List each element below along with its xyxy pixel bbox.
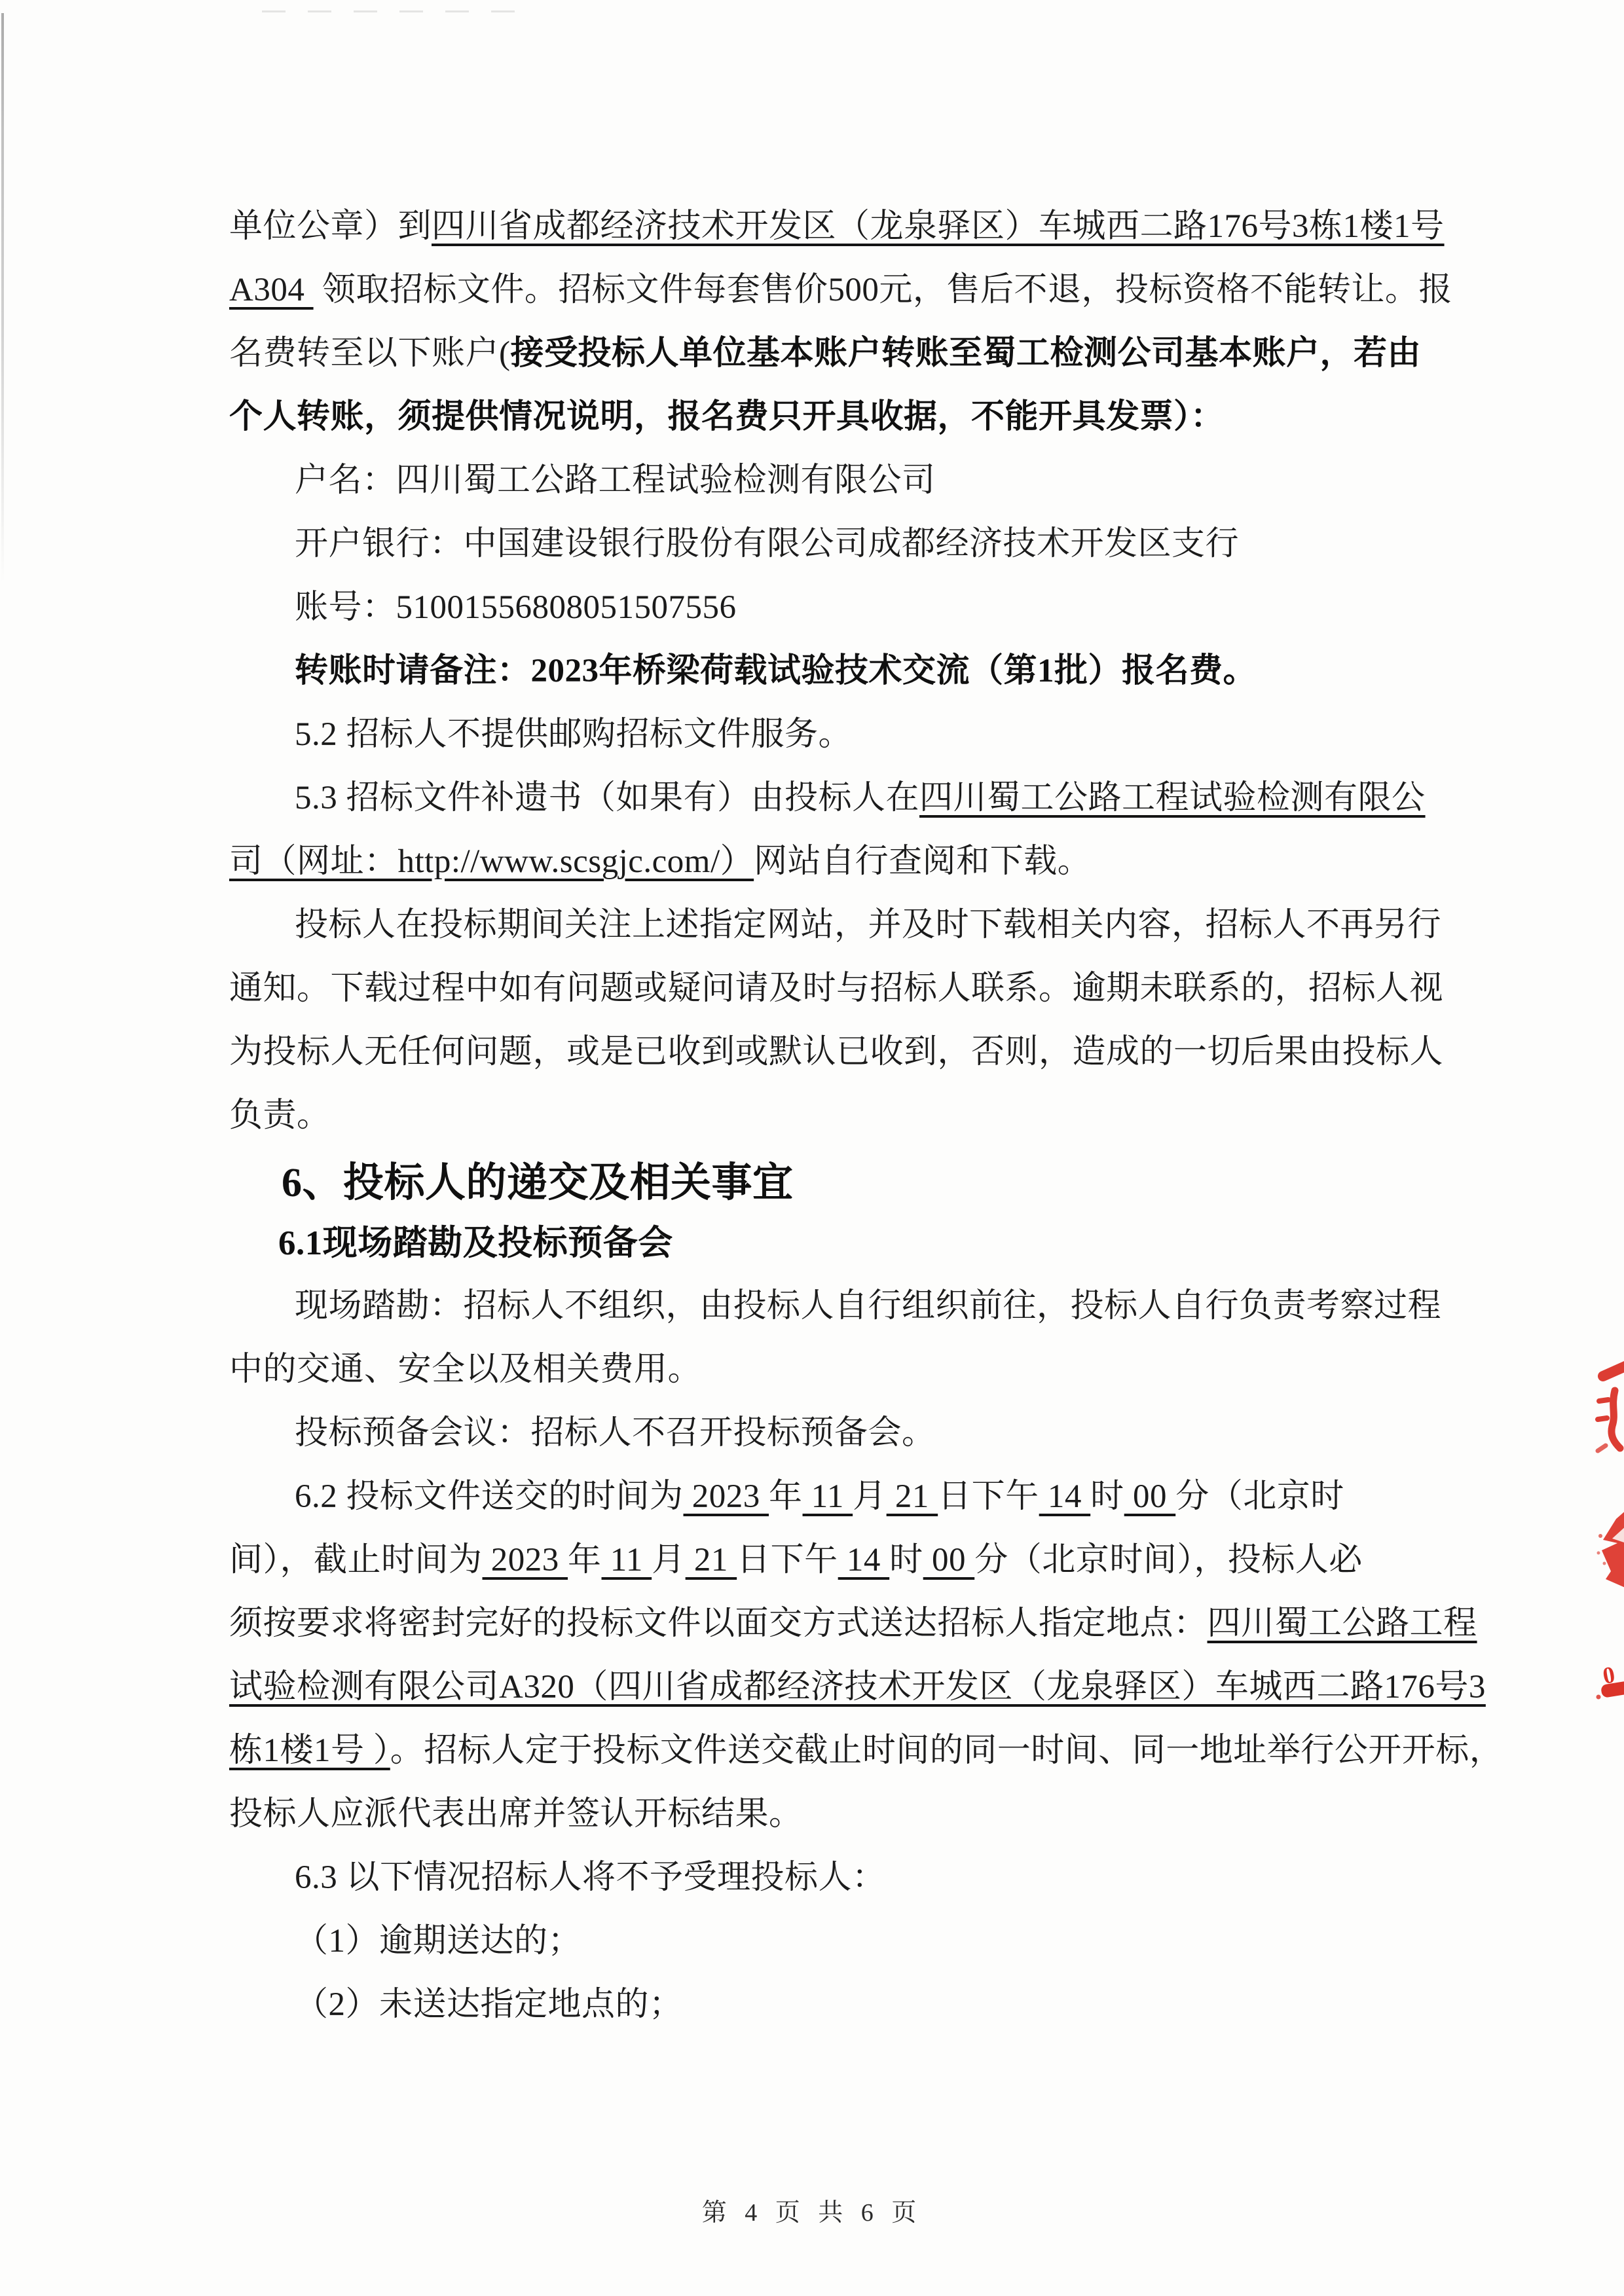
text-run-underline: 四川蜀工公路工程 <box>1208 1605 1477 1642</box>
text-run-regular: 开户银行：中国建设银行股份有限公司成都经济技术开发区支行 <box>295 526 1239 562</box>
line-transfer-note: 转账时请备注：2023年桥梁荷载试验技术交流（第1批）报名费。 <box>295 652 1257 691</box>
text-run-underline: 2023 <box>483 1542 568 1578</box>
page-footer: 第 4 页 共 6 页 <box>0 2192 1624 2228</box>
text-run-regular: 6.2 投标文件送交的时间为 <box>295 1478 684 1515</box>
text-run-underline: 四川蜀工公路工程试验检测有限公 <box>919 780 1426 816</box>
line-pre-bid-meeting: 投标预备会议：招标人不召开投标预备会。 <box>295 1414 936 1453</box>
text-run-bold: 接受投标人单位基本账户转账至蜀工检测公司基本账户，若由 <box>510 335 1421 372</box>
text-run-regular: 通知。下载过程中如有问题或疑问请及时与招标人联系。逾期未联系的，招标人视 <box>229 970 1443 1007</box>
text-run-regular: 账号：51001556808051507556 <box>295 589 737 626</box>
text-run-underline: 14 <box>838 1542 890 1578</box>
seal-star-fragment-icon <box>1597 1510 1624 1588</box>
text-run-regular: 年 <box>568 1542 602 1578</box>
text-run-regular: 须按要求将密封完好的投标文件以面交方式送达招标人指定地点： <box>229 1605 1208 1642</box>
text-run-underline: 试验检测有限公司A320（四川省成都经济技术开发区（龙泉驿区）车城西二路176号… <box>229 1669 1486 1705</box>
text-run-underline: 11 <box>602 1542 652 1578</box>
text-run-regular: 投标人应派代表出席并签认开标结果。 <box>229 1796 803 1832</box>
red-seal-fragments: 0 <box>1585 1336 1624 1728</box>
line-6-2-6: 投标人应派代表出席并签认开标结果。 <box>229 1795 803 1834</box>
text-run-regular: 单位公章）到 <box>229 208 432 245</box>
text-run-regular: 时 <box>1090 1478 1124 1515</box>
text-run-underline: A304 <box>229 272 314 308</box>
text-run-regular: 现场踏勘：招标人不组织，由投标人自行组织前往，投标人自行负责考察过程 <box>295 1288 1441 1324</box>
scan-artifact-left-line <box>1 13 4 583</box>
line-6-3-item-1: （1）逾期送达的； <box>295 1922 581 1961</box>
line-6-2-4: 试验检测有限公司A320（四川省成都经济技术开发区（龙泉驿区）车城西二路176号… <box>229 1668 1486 1707</box>
heading-6-1: 6.1现场踏勘及投标预备会 <box>278 1224 673 1264</box>
text-run-regular: 负责。 <box>229 1097 331 1134</box>
line-bank-name: 开户银行：中国建设银行股份有限公司成都经济技术开发区支行 <box>295 525 1239 564</box>
line-6-2-5: 栋1楼1号 ）。招标人定于投标文件送交截止时间的同一时间、同一地址举行公开开标， <box>229 1732 1503 1770</box>
line-5-3-2: 司（网址：http://www.scsgjc.com/）网站自行查阅和下载。 <box>229 843 1091 881</box>
text-run-regular: 名费转至以下账户( <box>229 335 510 372</box>
line-account-name: 户名：四川蜀工公路工程试验检测有限公司 <box>295 462 936 500</box>
line-5-3-1: 5.3 招标文件补遗书（如果有）由投标人在四川蜀工公路工程试验检测有限公 <box>295 779 1426 818</box>
text-run-regular: 中的交通、安全以及相关费用。 <box>229 1351 701 1388</box>
text-run-underline: 栋1楼1号 ） <box>229 1732 390 1769</box>
text-run-underline: 四川省成都经济技术开发区（龙泉驿区）车城西二路176号3栋1楼1号 <box>432 208 1445 245</box>
text-run-underline: 00 <box>923 1542 975 1578</box>
text-run-regular: 时 <box>889 1542 923 1578</box>
seal-character-fragment-icon <box>1598 1366 1624 1451</box>
text-run-bold: 个人转账，须提供情况说明，报名费只开具收据，不能开具发票）： <box>229 399 1225 435</box>
line-notice-2: 通知。下载过程中如有问题或疑问请及时与招标人联系。逾期未联系的，招标人视 <box>229 970 1443 1008</box>
text-run-underline: 11 <box>803 1478 853 1515</box>
text-run-regular: 投标预备会议：招标人不召开投标预备会。 <box>295 1415 936 1451</box>
text-run-underline: 14 <box>1039 1478 1091 1515</box>
text-run-regular: 5.3 招标文件补遗书（如果有）由投标人在 <box>295 780 919 816</box>
line-fee-account-1: 名费转至以下账户(接受投标人单位基本账户转账至蜀工检测公司基本账户，若由 <box>229 335 1421 373</box>
text-run-bold: 转账时请备注：2023年桥梁荷载试验技术交流（第1批）报名费。 <box>295 653 1257 689</box>
text-run-regular: （2）未送达指定地点的； <box>295 1986 683 2023</box>
line-address-pickup-1: 单位公章）到四川省成都经济技术开发区（龙泉驿区）车城西二路176号3栋1楼1号 <box>229 208 1445 246</box>
seal-digit-fragment-icon: 0 <box>1596 1661 1624 1699</box>
text-run-regular: 领取招标文件。招标文件每套售价500元，售后不退，投标资格不能转让。报 <box>314 272 1452 308</box>
text-run-underline: 21 <box>686 1542 737 1578</box>
text-run-regular: 分（北京时间），投标人必 <box>974 1542 1363 1578</box>
line-site-visit-2: 中的交通、安全以及相关费用。 <box>229 1351 701 1389</box>
text-run-bold: 6.1现场踏勘及投标预备会 <box>278 1224 673 1262</box>
text-run-regular: 6.3 以下情况招标人将不予受理投标人： <box>295 1859 886 1896</box>
line-notice-3: 为投标人无任何问题，或是已收到或默认已收到，否则，造成的一切后果由投标人 <box>229 1033 1443 1072</box>
text-run-regular: 为投标人无任何问题，或是已收到或默认已收到，否则，造成的一切后果由投标人 <box>229 1034 1443 1070</box>
text-run-underline: 2023 <box>684 1478 769 1515</box>
line-site-visit-1: 现场踏勘：招标人不组织，由投标人自行组织前往，投标人自行负责考察过程 <box>295 1287 1441 1326</box>
text-run-regular: 。招标人定于投标文件送交截止时间的同一时间、同一地址举行公开开标， <box>390 1732 1504 1769</box>
text-run-regular: 5.2 招标人不提供邮购招标文件服务。 <box>295 716 852 753</box>
line-6-2-1: 6.2 投标文件送交的时间为 2023 年 11 月 21 日下午 14 时 0… <box>295 1478 1344 1516</box>
text-run-underline: 21 <box>887 1478 938 1515</box>
text-run-regular: 户名：四川蜀工公路工程试验检测有限公司 <box>295 462 936 499</box>
text-run-regular: 年 <box>769 1478 803 1515</box>
text-run-regular: 日下午 <box>737 1542 838 1578</box>
text-run-regular: 分（北京时 <box>1175 1478 1344 1515</box>
line-notice-4: 负责。 <box>229 1097 331 1135</box>
line-account-number: 账号：51001556808051507556 <box>295 589 737 627</box>
line-fee-account-2: 个人转账，须提供情况说明，报名费只开具收据，不能开具发票）： <box>229 398 1225 437</box>
text-run-underline: 司（网址：http://www.scsgjc.com/） <box>229 843 754 880</box>
text-run-bold: 6、投标人的递交及相关事宜 <box>282 1161 794 1205</box>
line-6-3-item-2: （2）未送达指定地点的； <box>295 1986 683 2024</box>
line-6-2-3: 须按要求将密封完好的投标文件以面交方式送达招标人指定地点：四川蜀工公路工程 <box>229 1605 1477 1643</box>
text-run-regular: 间），截止时间为 <box>229 1542 483 1578</box>
text-run-regular: 月 <box>652 1542 686 1578</box>
line-6-2-2: 间），截止时间为 2023 年 11 月 21 日下午 14 时 00 分（北京… <box>229 1541 1363 1580</box>
line-address-pickup-2: A304 领取招标文件。招标文件每套售价500元，售后不退，投标资格不能转让。报 <box>229 271 1452 310</box>
text-run-regular: 投标人在投标期间关注上述指定网站，并及时下载相关内容，招标人不再另行 <box>295 907 1441 943</box>
text-run-regular: 月 <box>853 1478 887 1515</box>
text-run-underline: 00 <box>1124 1478 1176 1515</box>
text-run-regular: 网站自行查阅和下载。 <box>754 843 1091 880</box>
line-notice-1: 投标人在投标期间关注上述指定网站，并及时下载相关内容，招标人不再另行 <box>295 906 1441 945</box>
text-run-regular: 日下午 <box>938 1478 1039 1515</box>
document-page: 单位公章）到四川省成都经济技术开发区（龙泉驿区）车城西二路176号3栋1楼1号A… <box>0 0 1624 2296</box>
text-run-regular: （1）逾期送达的； <box>295 1923 581 1959</box>
scan-artifact-top-line <box>262 10 537 12</box>
line-5-2: 5.2 招标人不提供邮购招标文件服务。 <box>295 716 852 754</box>
line-6-3: 6.3 以下情况招标人将不予受理投标人： <box>295 1859 886 1897</box>
heading-6: 6、投标人的递交及相关事宜 <box>282 1160 794 1207</box>
